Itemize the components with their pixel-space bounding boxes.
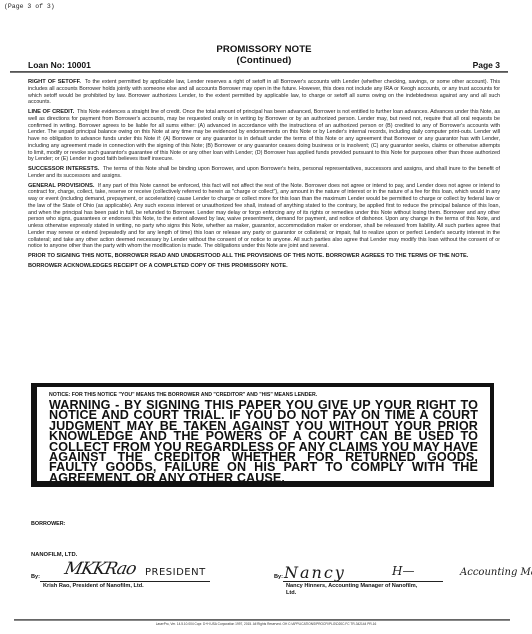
signer-printed-name: Krish Rao, President of Nanofilm, Ltd. — [43, 583, 144, 590]
page-number: Page 3 — [473, 60, 500, 70]
handwritten-signature: Nancy — [284, 563, 346, 582]
section-heading: SUCCESSOR INTERESTS. — [28, 166, 99, 172]
by-label: By: — [31, 574, 40, 580]
loan-number: Loan No: 10001 — [28, 60, 91, 70]
handwritten-signature: MKKRao — [63, 559, 138, 579]
section-successor-interests: SUCCESSOR INTERESTS. The terms of this N… — [28, 166, 500, 180]
note-body: RIGHT OF SETOFF. To the extent permitted… — [28, 79, 500, 273]
document-header: PROMISSORY NOTE (Continued) Loan No: 100… — [28, 44, 500, 72]
section-text: To the extent permitted by applicable la… — [28, 79, 500, 105]
signer-name-line-2: Ltd. — [286, 590, 417, 597]
title-line-2: (Continued) — [28, 55, 500, 66]
title-line-1: PROMISSORY NOTE — [28, 44, 500, 55]
warning-notice-box: NOTICE: FOR THIS NOTICE "YOU" MEANS THE … — [31, 383, 494, 487]
section-text: The terms of this Note shall be binding … — [28, 166, 500, 179]
signer-name-line-1: Nancy Hinners, Accounting Manager of Nan… — [286, 583, 417, 590]
section-right-of-setoff: RIGHT OF SETOFF. To the extent permitted… — [28, 79, 500, 106]
footer-divider — [14, 619, 510, 621]
software-footer: LaserPro, Ver. 14.5.10.004 Copr. D+H USA… — [0, 622, 532, 626]
acknowledgement-statement: BORROWER ACKNOWLEDGES RECEIPT OF A COMPL… — [28, 263, 500, 270]
header-divider — [10, 71, 508, 73]
prior-to-signing-statement: PRIOR TO SIGNING THIS NOTE, BORROWER REA… — [28, 253, 500, 260]
section-heading: GENERAL PROVISIONS. — [28, 183, 94, 189]
section-line-of-credit: LINE OF CREDIT. This Note evidences a st… — [28, 109, 500, 163]
page-counter: (Page 3 of 3) — [4, 3, 55, 10]
section-text: This Note evidences a straight line of c… — [28, 109, 500, 162]
document-title: PROMISSORY NOTE (Continued) — [28, 44, 500, 66]
signer-printed-name: Nancy Hinners, Accounting Manager of Nan… — [286, 583, 417, 597]
section-text: If any part of this Note cannot be enfor… — [28, 183, 500, 250]
signature-line — [40, 581, 210, 582]
by-label: By: — [274, 574, 283, 580]
borrower-label: BORROWER: — [31, 521, 65, 527]
handwritten-title: PRESIDENT — [145, 567, 206, 578]
signature-line — [283, 581, 443, 582]
handwritten-initial: H— — [392, 564, 414, 578]
handwritten-title: Accounting Manager — [460, 567, 532, 578]
cognovit-warning: WARNING - BY SIGNING THIS PAPER YOU GIVE… — [49, 400, 478, 483]
borrower-company: NANOFILM, LTD. — [31, 552, 77, 558]
section-general-provisions: GENERAL PROVISIONS. If any part of this … — [28, 183, 500, 251]
section-heading: RIGHT OF SETOFF. — [28, 79, 81, 85]
section-heading: LINE OF CREDIT. — [28, 109, 74, 115]
